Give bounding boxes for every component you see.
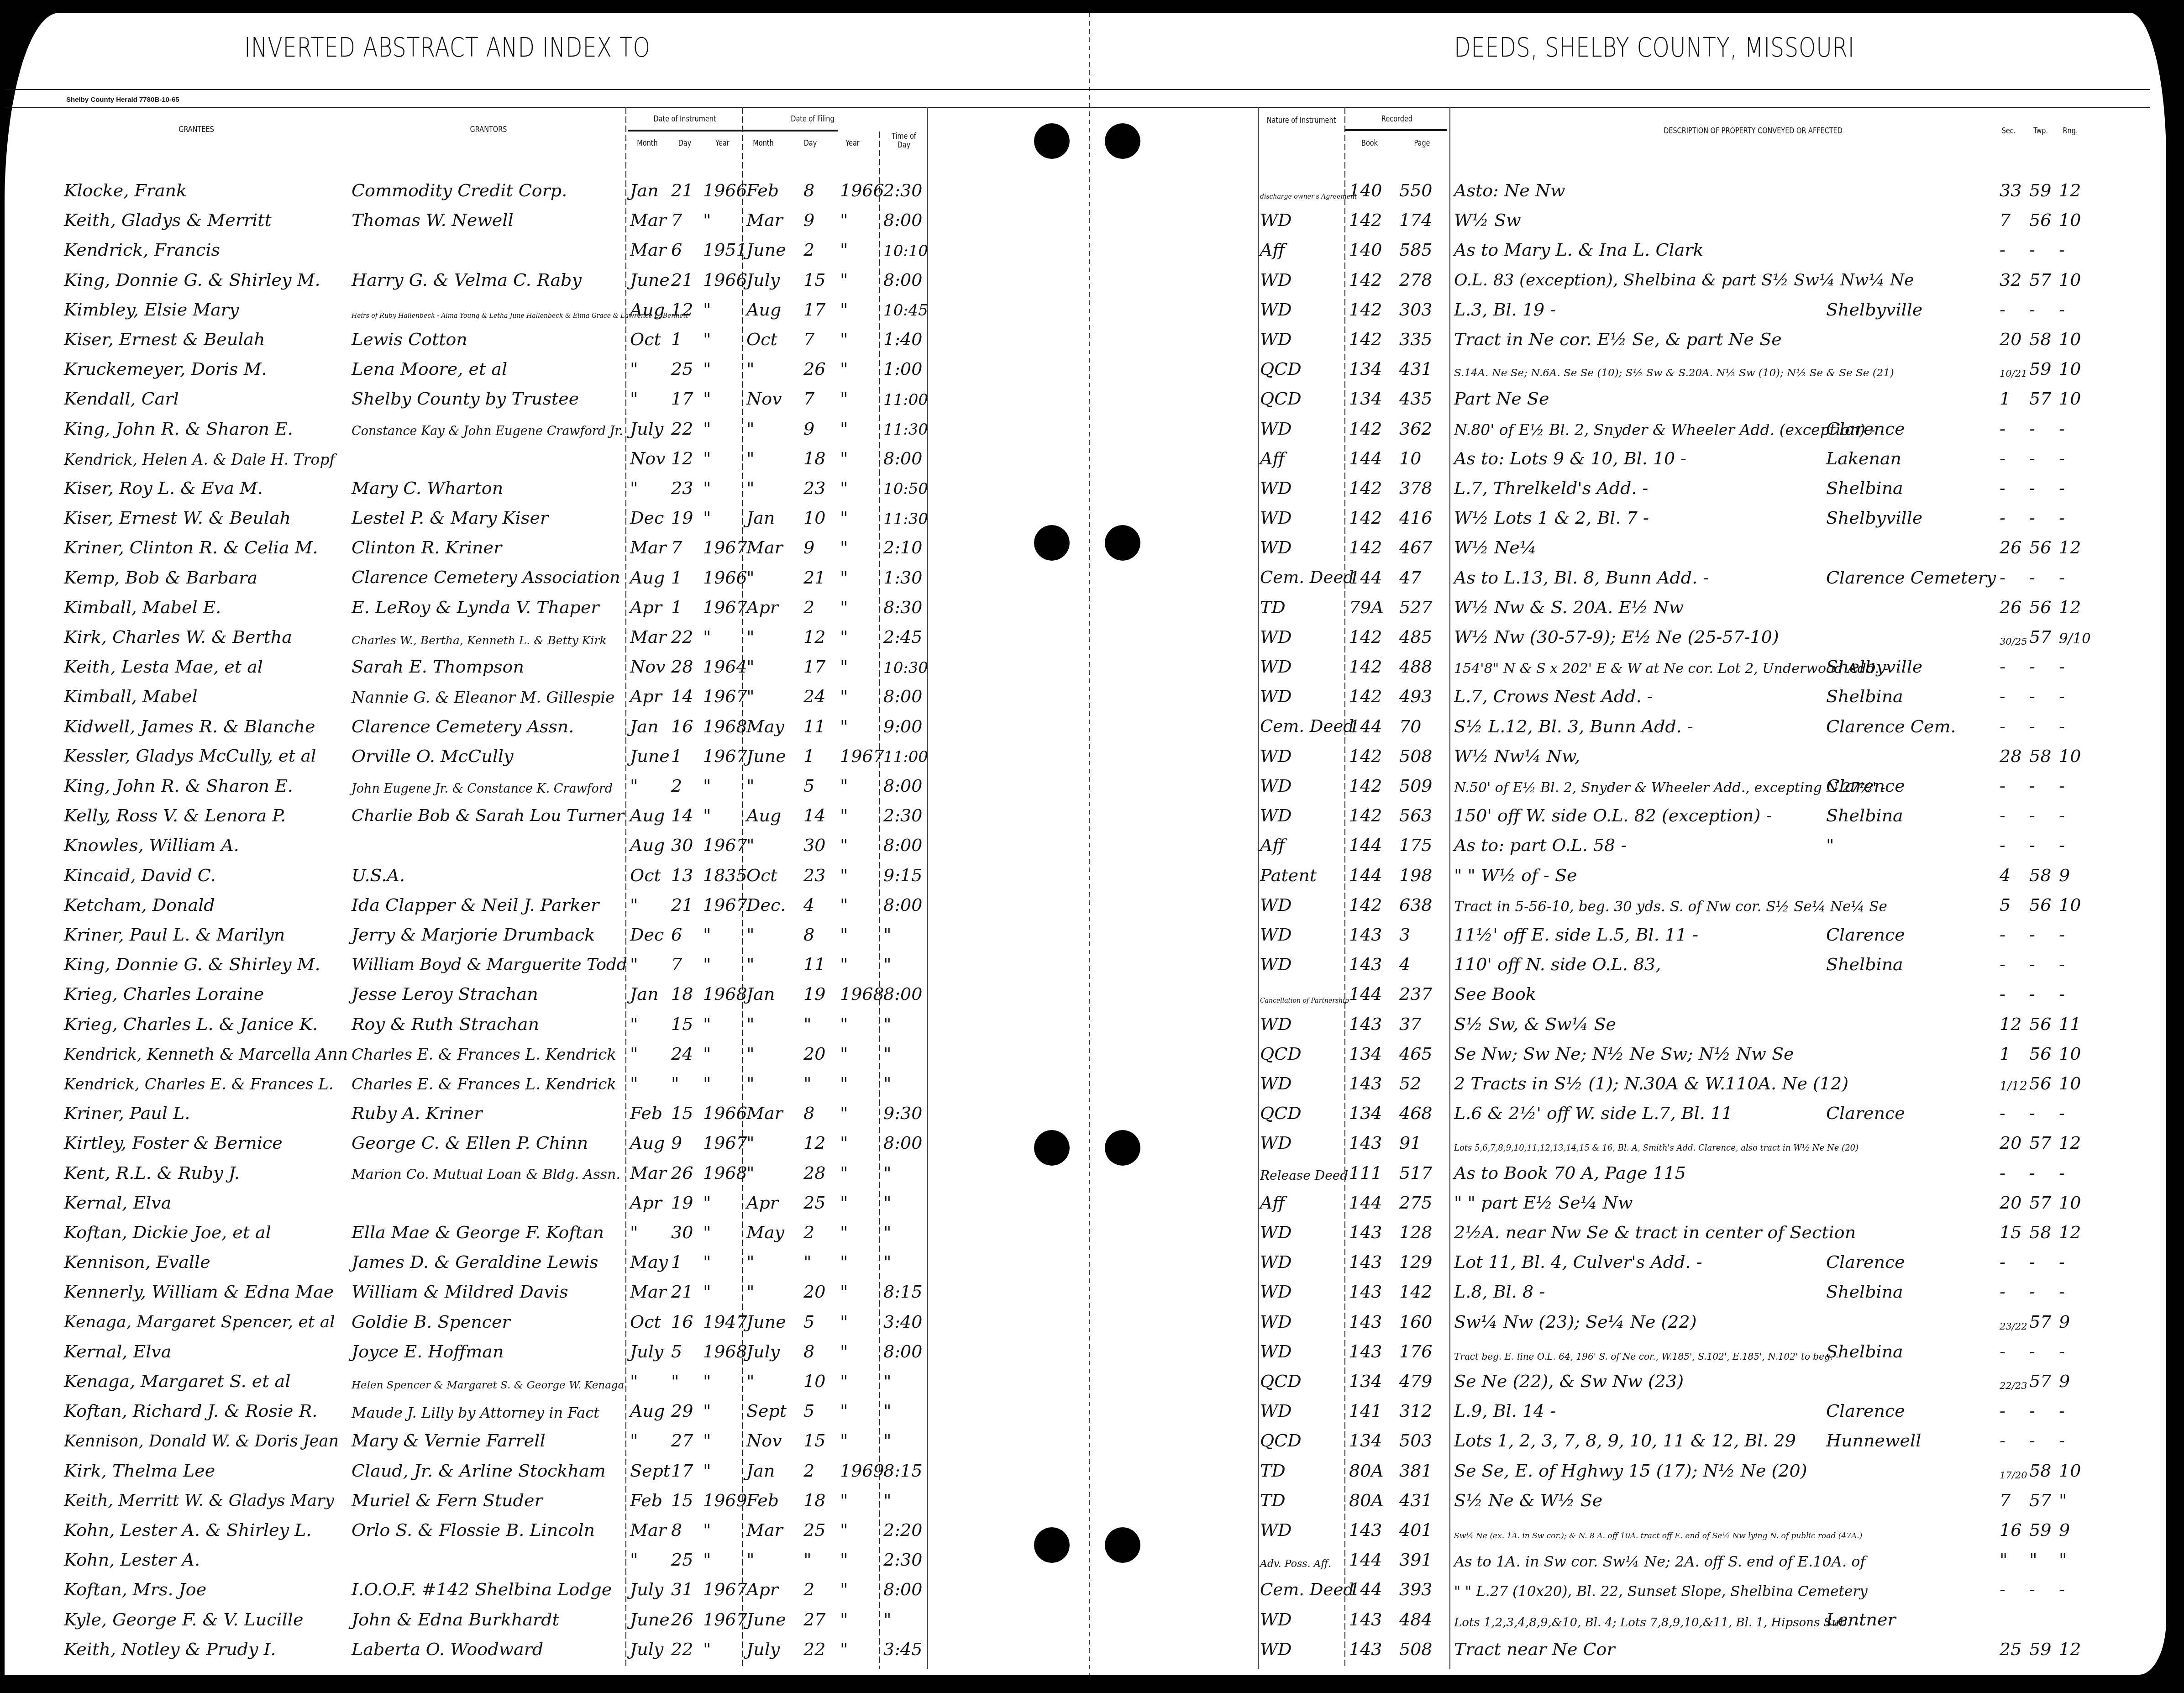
time-of-day-cell: 2:20 bbox=[883, 1520, 922, 1540]
time-of-day-cell: 8:00 bbox=[883, 686, 922, 706]
filing-month-cell: " bbox=[746, 1163, 754, 1183]
book-cell: 142 bbox=[1349, 776, 1382, 796]
filing-month-cell: May bbox=[746, 716, 784, 736]
filing-day-cell: 20 bbox=[803, 1044, 825, 1064]
description-cell: See Book bbox=[1454, 984, 1536, 1004]
instrument-month-cell: Sept bbox=[630, 1461, 670, 1481]
book-cell: 142 bbox=[1349, 300, 1382, 320]
filing-year-cell: " bbox=[840, 1579, 848, 1599]
book-cell: 111 bbox=[1349, 1163, 1382, 1183]
filing-year-cell: " bbox=[840, 657, 848, 677]
instrument-month-cell: Apr bbox=[630, 686, 662, 706]
filing-month-cell: Jan bbox=[746, 1461, 775, 1481]
instrument-year-cell: " bbox=[703, 776, 711, 796]
sec-cell: - bbox=[2000, 448, 2005, 468]
instrument-day-cell: 19 bbox=[671, 1193, 693, 1213]
location-cell: Clarence Cem. bbox=[1826, 716, 1956, 736]
filing-month-cell: Sept bbox=[746, 1401, 787, 1421]
sec-cell: 4 bbox=[2000, 865, 2011, 885]
grantee-cell: King, Donnie G. & Shirley M. bbox=[64, 954, 320, 974]
twp-cell: 59 bbox=[2029, 359, 2051, 379]
time-of-day-cell: 8:00 bbox=[883, 270, 922, 290]
filing-month-cell: " bbox=[746, 568, 754, 588]
rng-cell: 9 bbox=[2059, 1371, 2070, 1391]
binder-hole bbox=[1034, 1527, 1070, 1563]
book-cell: 142 bbox=[1349, 627, 1382, 647]
header-fil-month: Month bbox=[748, 139, 779, 148]
grantee-cell: Ketcham, Donald bbox=[64, 895, 215, 915]
rng-cell: - bbox=[2059, 925, 2065, 945]
sec-cell: - bbox=[2000, 835, 2005, 855]
filing-year-cell: " bbox=[840, 389, 848, 409]
book-cell: 142 bbox=[1349, 895, 1382, 915]
binder-hole bbox=[1105, 525, 1140, 561]
nature-of-instrument-cell: Aff bbox=[1260, 240, 1285, 260]
description-cell: W½ Ne¼ bbox=[1454, 537, 1537, 557]
book-cell: 144 bbox=[1349, 865, 1382, 885]
instrument-year-cell: " bbox=[703, 627, 711, 647]
book-cell: 141 bbox=[1349, 1401, 1382, 1421]
instrument-year-cell: " bbox=[703, 448, 711, 468]
rng-cell: 12 bbox=[2059, 1222, 2081, 1242]
grantee-cell: Kidwell, James R. & Blanche bbox=[64, 716, 315, 736]
binder-hole bbox=[1034, 1130, 1070, 1166]
instrument-year-cell: 1964 bbox=[703, 657, 747, 677]
instrument-month-cell: " bbox=[630, 1073, 638, 1094]
book-cell: 143 bbox=[1349, 925, 1382, 945]
grantor-cell: Orville O. McCully bbox=[352, 746, 513, 766]
sec-cell: - bbox=[2000, 805, 2005, 825]
grantee-cell: King, John R. & Sharon E. bbox=[64, 419, 293, 439]
printer-imprint: Shelby County Herald 7780B-10-65 bbox=[66, 96, 179, 104]
instrument-day-cell: 26 bbox=[671, 1163, 693, 1183]
filing-month-cell: " bbox=[746, 925, 754, 945]
header-inst-year: Year bbox=[708, 139, 737, 148]
grantee-cell: Kent, R.L. & Ruby J. bbox=[64, 1163, 240, 1183]
nature-of-instrument-cell: QCD bbox=[1260, 389, 1302, 409]
nature-of-instrument-cell: WD bbox=[1260, 657, 1292, 677]
time-of-day-cell: 11:30 bbox=[883, 420, 928, 440]
filing-month-cell: Dec. bbox=[746, 895, 786, 915]
filing-year-cell: " bbox=[840, 805, 848, 825]
nature-of-instrument-cell: Adv. Poss. Aff. bbox=[1260, 1554, 1331, 1574]
page-cell: 362 bbox=[1399, 419, 1433, 439]
instrument-month-cell: " bbox=[630, 895, 638, 915]
twp-cell: - bbox=[2029, 1282, 2035, 1302]
grantee-cell: Kelly, Ross V. & Lenora P. bbox=[64, 805, 286, 825]
rng-cell: - bbox=[2059, 716, 2065, 736]
nature-of-instrument-cell: WD bbox=[1260, 537, 1292, 557]
filing-month-cell: " bbox=[746, 835, 754, 855]
filing-year-cell: " bbox=[840, 1550, 848, 1570]
page-cell: 550 bbox=[1399, 180, 1433, 200]
book-cell: 140 bbox=[1349, 180, 1382, 200]
instrument-day-cell: 27 bbox=[671, 1430, 693, 1451]
description-cell: N.80' of E½ Bl. 2, Snyder & Wheeler Add.… bbox=[1454, 420, 1875, 440]
sec-cell: 10/21 bbox=[2000, 363, 2027, 384]
filing-month-cell: July bbox=[746, 270, 780, 290]
book-cell: 143 bbox=[1349, 1312, 1382, 1332]
time-of-day-cell: " bbox=[883, 1371, 891, 1391]
filing-year-cell: " bbox=[840, 954, 848, 974]
time-of-day-cell: 10:30 bbox=[883, 658, 928, 678]
page-cell: 391 bbox=[1399, 1550, 1433, 1570]
instrument-day-cell: 1 bbox=[671, 746, 682, 766]
book-cell: 144 bbox=[1349, 835, 1382, 855]
nature-of-instrument-cell: QCD bbox=[1260, 1371, 1302, 1391]
instrument-month-cell: Aug bbox=[630, 300, 665, 320]
filing-day-cell: 30 bbox=[803, 835, 825, 855]
nature-of-instrument-cell: WD bbox=[1260, 686, 1292, 706]
description-cell: 11½' off E. side L.5, Bl. 11 - bbox=[1454, 925, 1698, 945]
grantee-cell: Koftan, Dickie Joe, et al bbox=[64, 1222, 271, 1242]
instrument-day-cell: 6 bbox=[671, 925, 682, 945]
header-rng: Rng. bbox=[2059, 127, 2082, 136]
rng-cell: - bbox=[2059, 686, 2065, 706]
grantor-cell: Nannie G. & Eleanor M. Gillespie bbox=[352, 688, 614, 708]
instrument-day-cell: 21 bbox=[671, 895, 693, 915]
instrument-day-cell: 1 bbox=[671, 1252, 682, 1272]
instrument-month-cell: Dec bbox=[630, 508, 664, 528]
page-cell: 509 bbox=[1399, 776, 1433, 796]
page-cell: 47 bbox=[1399, 568, 1421, 588]
instrument-day-cell: 7 bbox=[671, 954, 682, 974]
filing-day-cell: 2 bbox=[803, 1222, 814, 1242]
instrument-year-cell: " bbox=[703, 419, 711, 439]
twp-cell: 57 bbox=[2029, 1490, 2051, 1510]
grantee-cell: Knowles, William A. bbox=[64, 835, 239, 855]
nature-of-instrument-cell: Cem. Deed bbox=[1260, 1580, 1354, 1600]
rng-cell: - bbox=[2059, 1430, 2065, 1451]
time-of-day-cell: 8:00 bbox=[883, 835, 922, 855]
page-cell: 175 bbox=[1399, 835, 1433, 855]
description-cell: L.8, Bl. 8 - bbox=[1454, 1282, 1545, 1302]
filing-day-cell: 18 bbox=[803, 1490, 825, 1510]
header-fil-year: Year bbox=[838, 139, 867, 148]
nature-of-instrument-cell: TD bbox=[1260, 597, 1286, 617]
grantee-cell: Kohn, Lester A. & Shirley L. bbox=[64, 1520, 311, 1540]
instrument-year-cell: 1835 bbox=[703, 865, 747, 885]
instrument-day-cell: 25 bbox=[671, 359, 693, 379]
page-cell: 431 bbox=[1399, 359, 1433, 379]
filing-month-cell: " bbox=[746, 419, 754, 439]
filing-day-cell: " bbox=[803, 1073, 811, 1094]
filing-year-cell: " bbox=[840, 1520, 848, 1540]
description-cell: Lot 11, Bl. 4, Culver's Add. - bbox=[1454, 1252, 1702, 1272]
header-recorded: Recorded bbox=[1352, 115, 1442, 124]
description-cell: " " L.27 (10x20), Bl. 22, Sunset Slope, … bbox=[1454, 1582, 1868, 1602]
grantee-cell: Kriner, Clinton R. & Celia M. bbox=[64, 537, 318, 557]
header-sec: Sec. bbox=[1997, 127, 2021, 136]
instrument-day-cell: 1 bbox=[671, 329, 682, 349]
filing-month-cell: May bbox=[746, 1222, 784, 1242]
filing-day-cell: " bbox=[803, 1252, 811, 1272]
header-inst-day: Day bbox=[671, 139, 698, 148]
twp-cell: - bbox=[2029, 954, 2035, 974]
instrument-year-cell: " bbox=[703, 1222, 711, 1242]
book-cell: 80A bbox=[1349, 1490, 1384, 1510]
page-cell: 10 bbox=[1399, 448, 1421, 468]
sec-cell: 25 bbox=[2000, 1639, 2021, 1659]
description-cell: " " W½ of - Se bbox=[1454, 865, 1577, 885]
twp-cell: 59 bbox=[2029, 1639, 2051, 1659]
filing-day-cell: 24 bbox=[803, 686, 825, 706]
sec-cell: - bbox=[2000, 925, 2005, 945]
page-cell: 312 bbox=[1399, 1401, 1433, 1421]
page-cell: 401 bbox=[1399, 1520, 1433, 1540]
filing-month-cell: July bbox=[746, 1341, 780, 1362]
instrument-month-cell: " bbox=[630, 954, 638, 974]
grantee-cell: Kenaga, Margaret Spencer, et al bbox=[64, 1312, 335, 1332]
twp-cell: - bbox=[2029, 508, 2035, 528]
filing-day-cell: 1 bbox=[803, 746, 814, 766]
grantee-cell: Kendrick, Helen A. & Dale H. Tropf bbox=[64, 450, 335, 470]
filing-day-cell: 17 bbox=[803, 657, 825, 677]
filing-month-cell: " bbox=[746, 1252, 754, 1272]
description-cell: W½ Nw & S. 20A. E½ Nw bbox=[1454, 597, 1684, 617]
sec-cell: - bbox=[2000, 954, 2005, 974]
rng-cell: " bbox=[2059, 1550, 2067, 1570]
grantor-cell: Roy & Ruth Strachan bbox=[352, 1014, 539, 1034]
filing-month-cell: Apr bbox=[746, 1193, 778, 1213]
sec-cell: 17/20 bbox=[2000, 1465, 2027, 1485]
description-cell: O.L. 83 (exception), Shelbina & part S½ … bbox=[1454, 270, 1914, 290]
header-rule-top bbox=[5, 89, 2150, 90]
right-page-title: DEEDS, SHELBY COUNTY, MISSOURI bbox=[1454, 32, 1855, 63]
instrument-day-cell: " bbox=[671, 1073, 679, 1094]
twp-cell: 58 bbox=[2029, 1222, 2051, 1242]
grantee-cell: Keith, Lesta Mae, et al bbox=[64, 657, 263, 677]
grantor-cell: Joyce E. Hoffman bbox=[352, 1341, 504, 1362]
nature-of-instrument-cell: WD bbox=[1260, 776, 1292, 796]
nature-of-instrument-cell: TD bbox=[1260, 1490, 1286, 1510]
description-cell: N.50' of E½ Bl. 2, Snyder & Wheeler Add.… bbox=[1454, 778, 1885, 798]
description-cell: As to Book 70 A, Page 115 bbox=[1454, 1163, 1686, 1183]
instrument-year-cell: " bbox=[703, 954, 711, 974]
description-cell: As to L.13, Bl. 8, Bunn Add. - bbox=[1454, 568, 1709, 588]
instrument-year-cell: " bbox=[703, 359, 711, 379]
time-of-day-cell: 2:30 bbox=[883, 1550, 922, 1570]
description-cell: S½ Sw, & Sw¼ Se bbox=[1454, 1014, 1616, 1034]
instrument-day-cell: 17 bbox=[671, 389, 693, 409]
filing-year-cell: " bbox=[840, 210, 848, 230]
filing-year-cell: " bbox=[840, 1103, 848, 1123]
grantor-cell: Clinton R. Kriner bbox=[352, 537, 502, 557]
time-of-day-cell: 8:00 bbox=[883, 1341, 922, 1362]
page-cell: 160 bbox=[1399, 1312, 1433, 1332]
rng-cell: 9 bbox=[2059, 865, 2070, 885]
filing-day-cell: 10 bbox=[803, 508, 825, 528]
rng-cell: - bbox=[2059, 805, 2065, 825]
instrument-month-cell: June bbox=[630, 1609, 670, 1630]
grantee-cell: Kennison, Evalle bbox=[64, 1252, 210, 1272]
instrument-year-cell: 1966 bbox=[703, 180, 747, 200]
book-cell: 143 bbox=[1349, 1133, 1382, 1153]
instrument-month-cell: Apr bbox=[630, 1193, 662, 1213]
grantee-cell: Koftan, Richard J. & Rosie R. bbox=[64, 1401, 317, 1421]
filing-year-cell: " bbox=[840, 1401, 848, 1421]
rng-cell: - bbox=[2059, 568, 2065, 588]
page-cell: 393 bbox=[1399, 1579, 1433, 1599]
grantor-cell: Mary C. Wharton bbox=[352, 478, 503, 498]
instrument-day-cell: 16 bbox=[671, 716, 693, 736]
twp-cell: - bbox=[2029, 300, 2035, 320]
twp-cell: - bbox=[2029, 240, 2035, 260]
description-cell: Se Ne (22), & Sw Nw (23) bbox=[1454, 1371, 1684, 1391]
filing-month-cell: Oct bbox=[746, 865, 777, 885]
description-cell: As to Mary L. & Ina L. Clark bbox=[1454, 240, 1704, 260]
nature-of-instrument-cell: WD bbox=[1260, 925, 1292, 945]
twp-cell: - bbox=[2029, 1401, 2035, 1421]
filing-month-cell: Mar bbox=[746, 1520, 783, 1540]
filing-month-cell: Oct bbox=[746, 329, 777, 349]
rng-cell: - bbox=[2059, 984, 2065, 1004]
rng-cell: 12 bbox=[2059, 180, 2081, 200]
time-of-day-cell: 11:00 bbox=[883, 390, 928, 410]
instrument-month-cell: " bbox=[630, 1222, 638, 1242]
book-cell: 143 bbox=[1349, 1341, 1382, 1362]
twp-cell: - bbox=[2029, 448, 2035, 468]
nature-of-instrument-cell: WD bbox=[1260, 954, 1292, 974]
instrument-year-cell: " bbox=[703, 1401, 711, 1421]
filing-month-cell: Apr bbox=[746, 597, 778, 617]
instrument-day-cell: 24 bbox=[671, 1044, 693, 1064]
book-cell: 142 bbox=[1349, 478, 1382, 498]
description-cell: W½ Nw¼ Nw, bbox=[1454, 746, 1580, 766]
filing-day-cell: 2 bbox=[803, 1579, 814, 1599]
filing-month-cell: Mar bbox=[746, 1103, 783, 1123]
time-of-day-cell: " bbox=[883, 954, 891, 974]
filing-year-cell: " bbox=[840, 240, 848, 260]
nature-of-instrument-cell: WD bbox=[1260, 1639, 1292, 1659]
nature-of-instrument-cell: WD bbox=[1260, 478, 1292, 498]
grantee-cell: Keith, Merritt W. & Gladys Mary bbox=[64, 1491, 334, 1511]
description-cell: W½ Nw (30-57-9); E½ Ne (25-57-10) bbox=[1454, 627, 1779, 647]
description-cell: 150' off W. side O.L. 82 (exception) - bbox=[1454, 805, 1772, 825]
description-cell: Se Se, E. of Hghwy 15 (17); N½ Ne (20) bbox=[1454, 1461, 1807, 1481]
sec-cell: 15 bbox=[2000, 1222, 2021, 1242]
sec-cell: - bbox=[2000, 686, 2005, 706]
grantor-cell: Charles E. & Frances L. Kendrick bbox=[352, 1074, 616, 1094]
instrument-day-cell: 25 bbox=[671, 1550, 693, 1570]
book-cell: 142 bbox=[1349, 657, 1382, 677]
grantee-cell: King, John R. & Sharon E. bbox=[64, 776, 293, 796]
page-cell: 468 bbox=[1399, 1103, 1433, 1123]
twp-cell: 58 bbox=[2029, 865, 2051, 885]
filing-month-cell: June bbox=[746, 240, 786, 260]
twp-cell: 59 bbox=[2029, 180, 2051, 200]
description-cell: Tract in 5-56-10, beg. 30 yds. S. of Nw … bbox=[1454, 897, 1887, 917]
filing-year-cell: " bbox=[840, 1252, 848, 1272]
grantee-cell: Kirk, Charles W. & Bertha bbox=[64, 627, 292, 647]
filing-month-cell: June bbox=[746, 1312, 786, 1332]
page-cell: 416 bbox=[1399, 508, 1433, 528]
description-cell: L.7, Threlkeld's Add. - bbox=[1454, 478, 1648, 498]
time-of-day-cell: 2:45 bbox=[883, 627, 922, 647]
twp-cell: - bbox=[2029, 1341, 2035, 1362]
twp-cell: - bbox=[2029, 984, 2035, 1004]
instrument-year-cell: 1951 bbox=[703, 240, 747, 260]
instrument-year-cell: 1967 bbox=[703, 686, 747, 706]
twp-cell: - bbox=[2029, 568, 2035, 588]
description-cell: As to: part O.L. 58 - bbox=[1454, 835, 1627, 855]
filing-month-cell: " bbox=[746, 1282, 754, 1302]
page-cell: 237 bbox=[1399, 984, 1433, 1004]
time-of-day-cell: " bbox=[883, 1252, 891, 1272]
grantor-cell: U.S.A. bbox=[352, 865, 405, 885]
time-of-day-cell: 8:30 bbox=[883, 597, 922, 617]
grantee-cell: Koftan, Mrs. Joe bbox=[64, 1579, 206, 1599]
page-cell: 465 bbox=[1399, 1044, 1433, 1064]
grantor-cell: Lena Moore, et al bbox=[352, 359, 507, 379]
nature-of-instrument-cell: WD bbox=[1260, 1282, 1292, 1302]
instrument-day-cell: 9 bbox=[671, 1133, 682, 1153]
filing-month-cell: " bbox=[746, 776, 754, 796]
nature-of-instrument-cell: WD bbox=[1260, 270, 1292, 290]
description-cell: As to 1A. in Sw cor. Sw¼ Ne; 2A. off S. … bbox=[1454, 1551, 1865, 1572]
description-cell: Sw¼ Nw (23); Se¼ Ne (22) bbox=[1454, 1312, 1696, 1332]
grantor-cell: Lestel P. & Mary Kiser bbox=[352, 508, 548, 528]
location-cell: Shelbina bbox=[1826, 478, 1903, 498]
col-divider bbox=[1449, 107, 1450, 1669]
sec-cell: 33 bbox=[2000, 180, 2021, 200]
instrument-month-cell: June bbox=[630, 746, 670, 766]
filing-day-cell: 25 bbox=[803, 1193, 825, 1213]
time-of-day-cell: 8:00 bbox=[883, 984, 922, 1004]
time-of-day-cell: " bbox=[883, 1490, 891, 1510]
instrument-year-cell: 1968 bbox=[703, 1163, 747, 1183]
grantor-cell: James D. & Geraldine Lewis bbox=[352, 1252, 598, 1272]
instrument-year-cell: " bbox=[703, 1193, 711, 1213]
filing-month-cell: " bbox=[746, 478, 754, 498]
rng-cell: 10 bbox=[2059, 389, 2081, 409]
filing-year-cell: " bbox=[840, 1609, 848, 1630]
filing-year-cell: " bbox=[840, 1312, 848, 1332]
instrument-day-cell: 15 bbox=[671, 1490, 693, 1510]
page-cell: 479 bbox=[1399, 1371, 1433, 1391]
grantor-cell: E. LeRoy & Lynda V. Thaper bbox=[352, 597, 599, 617]
instrument-day-cell: 21 bbox=[671, 270, 693, 290]
time-of-day-cell: 9:30 bbox=[883, 1103, 922, 1123]
location-cell: Clarence bbox=[1826, 1401, 1905, 1421]
nature-of-instrument-cell: Release Deed bbox=[1260, 1166, 1348, 1186]
location-cell: Shelbina bbox=[1826, 1282, 1903, 1302]
time-of-day-cell: " bbox=[883, 1401, 891, 1421]
filing-day-cell: 20 bbox=[803, 1282, 825, 1302]
twp-cell: 57 bbox=[2029, 1371, 2051, 1391]
filing-year-cell: " bbox=[840, 686, 848, 706]
filing-day-cell: 26 bbox=[803, 359, 825, 379]
grantor-cell: William & Mildred Davis bbox=[352, 1282, 568, 1302]
grantor-cell: Commodity Credit Corp. bbox=[352, 180, 567, 200]
time-of-day-cell: 8:00 bbox=[883, 210, 922, 230]
filing-month-cell: Feb bbox=[746, 180, 779, 200]
instrument-month-cell: Mar bbox=[630, 537, 667, 557]
grantor-cell: Jerry & Marjorie Drumback bbox=[352, 925, 595, 945]
time-of-day-cell: 2:10 bbox=[883, 537, 922, 557]
filing-year-cell: " bbox=[840, 925, 848, 945]
instrument-year-cell: " bbox=[703, 478, 711, 498]
twp-cell: - bbox=[2029, 925, 2035, 945]
filing-day-cell: 28 bbox=[803, 1163, 825, 1183]
filing-month-cell: " bbox=[746, 627, 754, 647]
instrument-month-cell: " bbox=[630, 478, 638, 498]
instrument-year-cell: " bbox=[703, 1639, 711, 1659]
grantee-cell: Kimball, Mabel E. bbox=[64, 597, 221, 617]
time-of-day-cell: 1:40 bbox=[883, 329, 922, 349]
binder-hole bbox=[1105, 123, 1140, 159]
filing-month-cell: " bbox=[746, 1044, 754, 1064]
